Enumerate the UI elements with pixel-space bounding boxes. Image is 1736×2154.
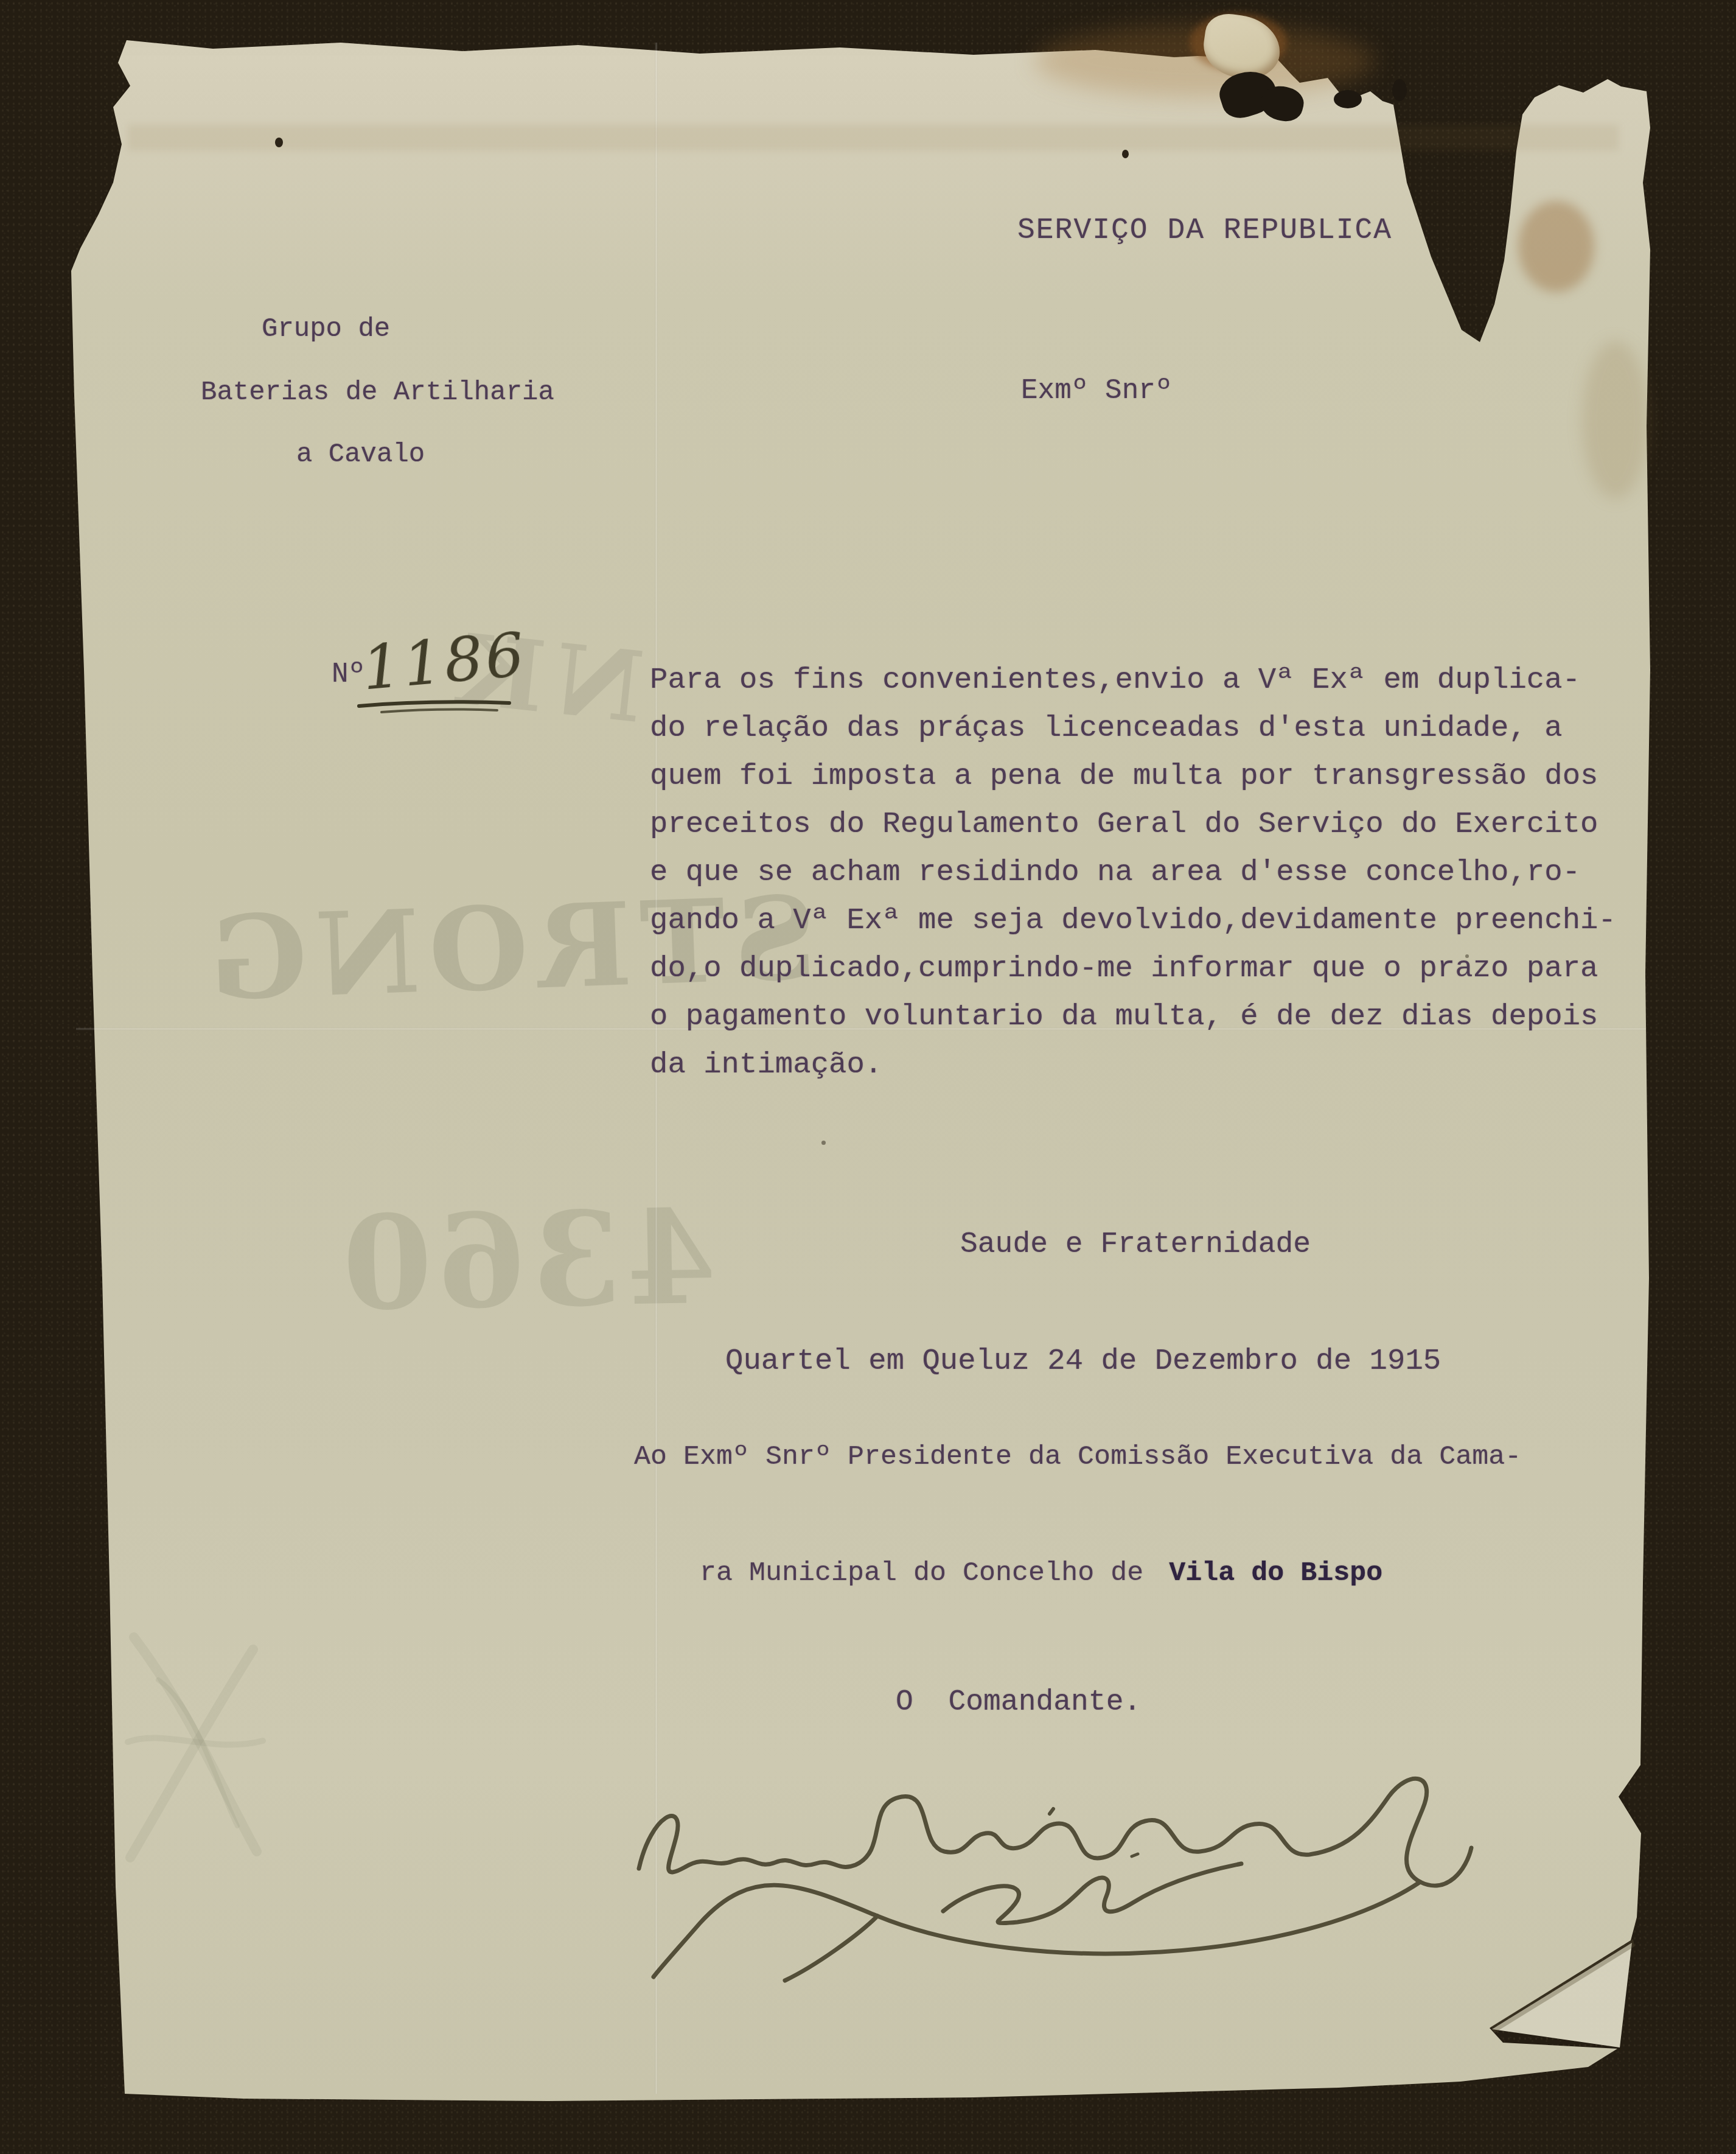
paper-speck xyxy=(275,138,283,147)
body-line: o pagamento voluntario da multa, é de de… xyxy=(650,993,1616,1041)
body-line: gando a Vª Exª me seja devolvido,devidam… xyxy=(650,897,1616,945)
reference-underline xyxy=(356,695,514,716)
valediction: Saude e Fraternidade xyxy=(960,1228,1311,1261)
body-line: da intimação. xyxy=(650,1041,1616,1089)
addressee-line2: ra Municipal do Concelho deVila do Bispo xyxy=(634,1526,1382,1620)
reference-number-handwritten: 1186 xyxy=(359,618,529,704)
body-line: e que se acham residindo na area d'esse … xyxy=(650,848,1616,897)
addressee-line2-prefix: ra Municipal do Concelho de xyxy=(700,1558,1143,1589)
commander-signature xyxy=(602,1722,1491,1984)
salutation: Exmº Snrº xyxy=(1021,375,1172,407)
tear-hole-4 xyxy=(1392,79,1407,101)
paper-speck xyxy=(821,1141,826,1145)
body-line: preceitos do Regulamento Geral do Serviç… xyxy=(650,800,1616,848)
body-line: do relação das práças licenceadas d'esta… xyxy=(650,704,1616,752)
service-line: SERVIÇO DA REPUBLICA xyxy=(1017,214,1392,247)
body-line: do,o duplicado,cumprindo-me informar que… xyxy=(650,945,1616,993)
letterhead-line3: a Cavalo xyxy=(296,439,425,470)
paper-speck xyxy=(1122,150,1129,158)
reference-label: Nº xyxy=(332,659,365,690)
body-line: quem foi imposta a pena de multa por tra… xyxy=(650,752,1616,800)
addressee-line1: Ao Exmº Snrº Presidente da Comissão Exec… xyxy=(634,1441,1521,1472)
addressee-place: Vila do Bispo xyxy=(1169,1558,1382,1589)
showthrough-emblem xyxy=(116,1613,274,1875)
body-paragraph: Para os fins convenientes,envio a Vª Exª… xyxy=(650,656,1616,1089)
dateline: Quartel em Queluz 24 de Dezembro de 1915 xyxy=(725,1344,1441,1378)
scanned-letter-page: NK STRONG 4360 SERVIÇO DA REPUBLICA Grup… xyxy=(0,0,1736,2154)
letterhead-line1: Grupo de xyxy=(262,314,390,344)
letterhead-line2: Baterias de Artilharia xyxy=(201,377,554,408)
discoloration-band xyxy=(128,125,1619,150)
body-line: Para os fins convenientes,envio a Vª Exª… xyxy=(650,656,1616,704)
signer-title: O Comandante. xyxy=(896,1686,1141,1719)
